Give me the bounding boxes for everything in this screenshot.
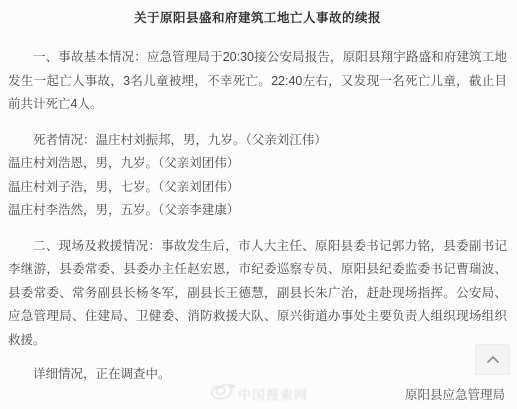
- victim-line: 温庄村李浩然，男，五岁。（父亲李建康）: [8, 199, 507, 223]
- issuing-agency: 原阳县应急管理局: [405, 385, 505, 403]
- document-title: 关于原阳县盛和府建筑工地亡人事故的续报: [8, 9, 507, 27]
- document-body: 关于原阳县盛和府建筑工地亡人事故的续报 一、事故基本情况：应急管理局于20:30…: [0, 0, 517, 387]
- watermark-text: 中国搜索网: [238, 385, 308, 404]
- incident-paragraph: 一、事故基本情况：应急管理局于20:30接公安局报告，原阳县翔宇路盛和府建筑工地…: [8, 46, 507, 117]
- footer: 中国搜索网 原阳县应急管理局: [0, 383, 517, 405]
- rescue-paragraph: 二、现场及救援情况：事故发生后，市人大主任、原阳县委书记郭力铭，县委副书记李继游…: [8, 235, 507, 353]
- watermark: 中国搜索网: [209, 383, 308, 406]
- watermark-bird-logo-icon: [209, 383, 235, 406]
- back-to-top-button[interactable]: [475, 344, 510, 375]
- chevron-up-icon: [486, 355, 499, 368]
- document-page: 关于原阳县盛和府建筑工地亡人事故的续报 一、事故基本情况：应急管理局于20:30…: [0, 0, 517, 409]
- victim-line: 温庄村刘浩恩，男，九岁。（父亲刘团伟）: [8, 152, 507, 176]
- victims-block: 死者情况：温庄村刘振邦，男，九岁。（父亲刘江伟） 温庄村刘浩恩，男，九岁。（父亲…: [8, 129, 507, 223]
- victims-intro-line: 死者情况：温庄村刘振邦，男，九岁。（父亲刘江伟）: [8, 129, 507, 153]
- victim-line: 温庄村刘子浩，男，七岁。（父亲刘团伟）: [8, 176, 507, 200]
